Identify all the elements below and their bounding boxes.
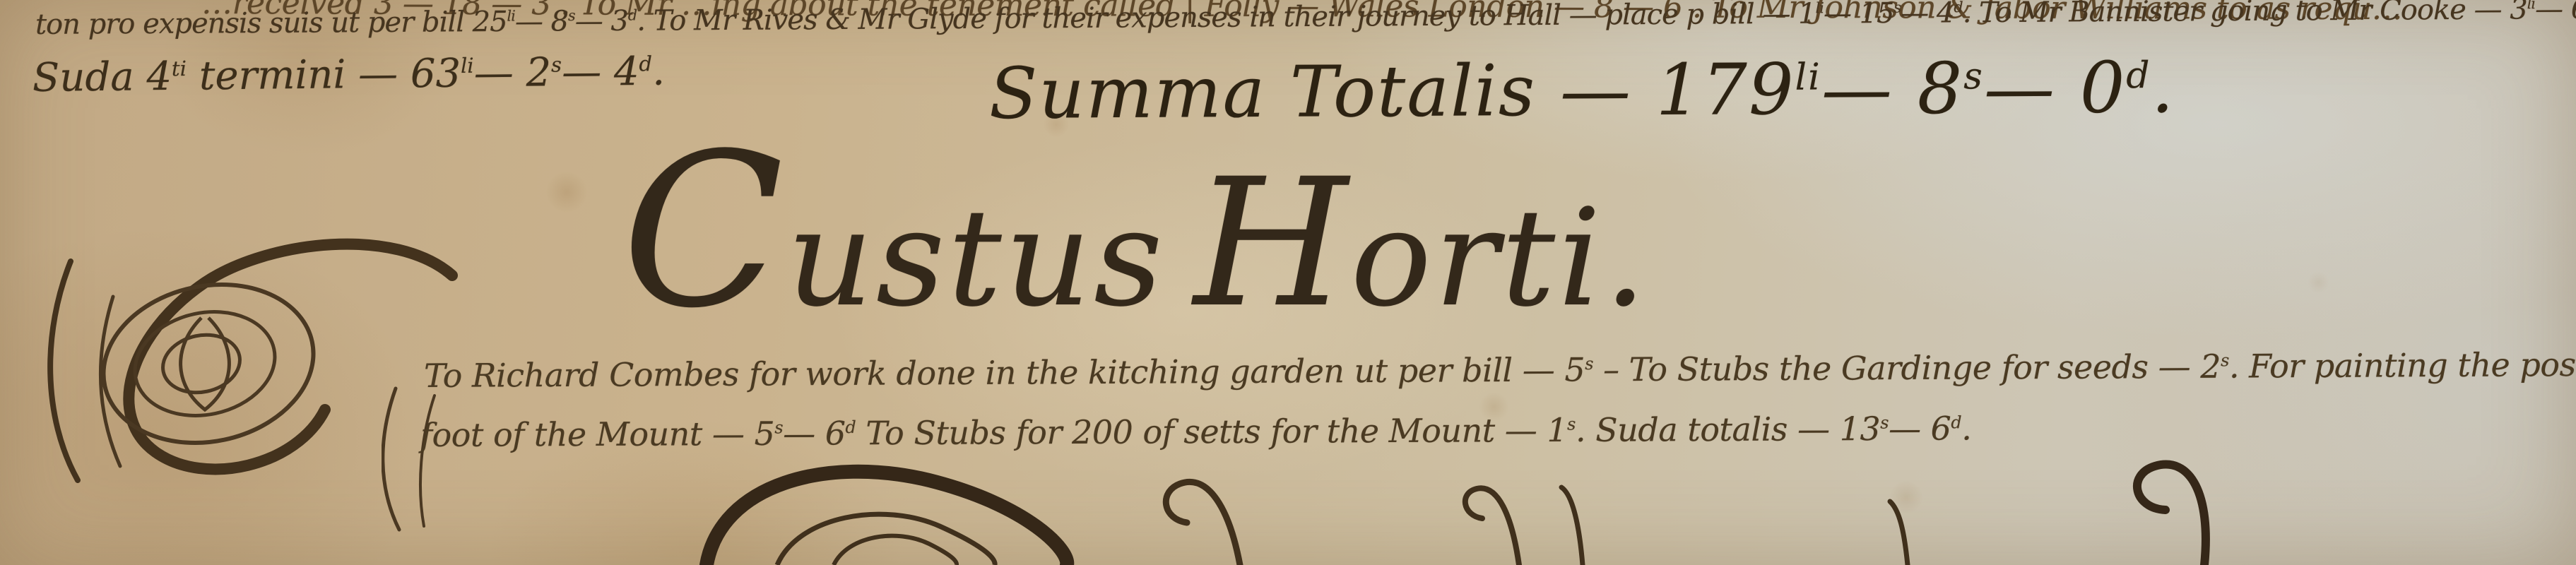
heading-initial-c: C — [622, 108, 787, 355]
manuscript-line-term-sum: Suda 4ti termini — 63li— 2s— 4d. — [33, 52, 666, 100]
manuscript-line-accounts: ton pro expensis suis ut per bill 25li— … — [35, 0, 2576, 40]
heading-initial-h: H — [1194, 141, 1351, 346]
heading-word1-rest: ustus — [787, 180, 1166, 336]
heading-word2-rest: orti. — [1351, 180, 1650, 336]
entries-margin-flourish — [382, 381, 445, 537]
clipped-heading-flourish — [601, 445, 2367, 565]
summa-totalis-line: Summa Totalis — 179li— 8s— 0d. — [989, 50, 2175, 131]
manuscript-page: …received 3 — 18 — 3 . To Mr …ing about … — [0, 0, 2576, 565]
section-heading-custus-horti: CustusHorti. — [622, 126, 1649, 338]
